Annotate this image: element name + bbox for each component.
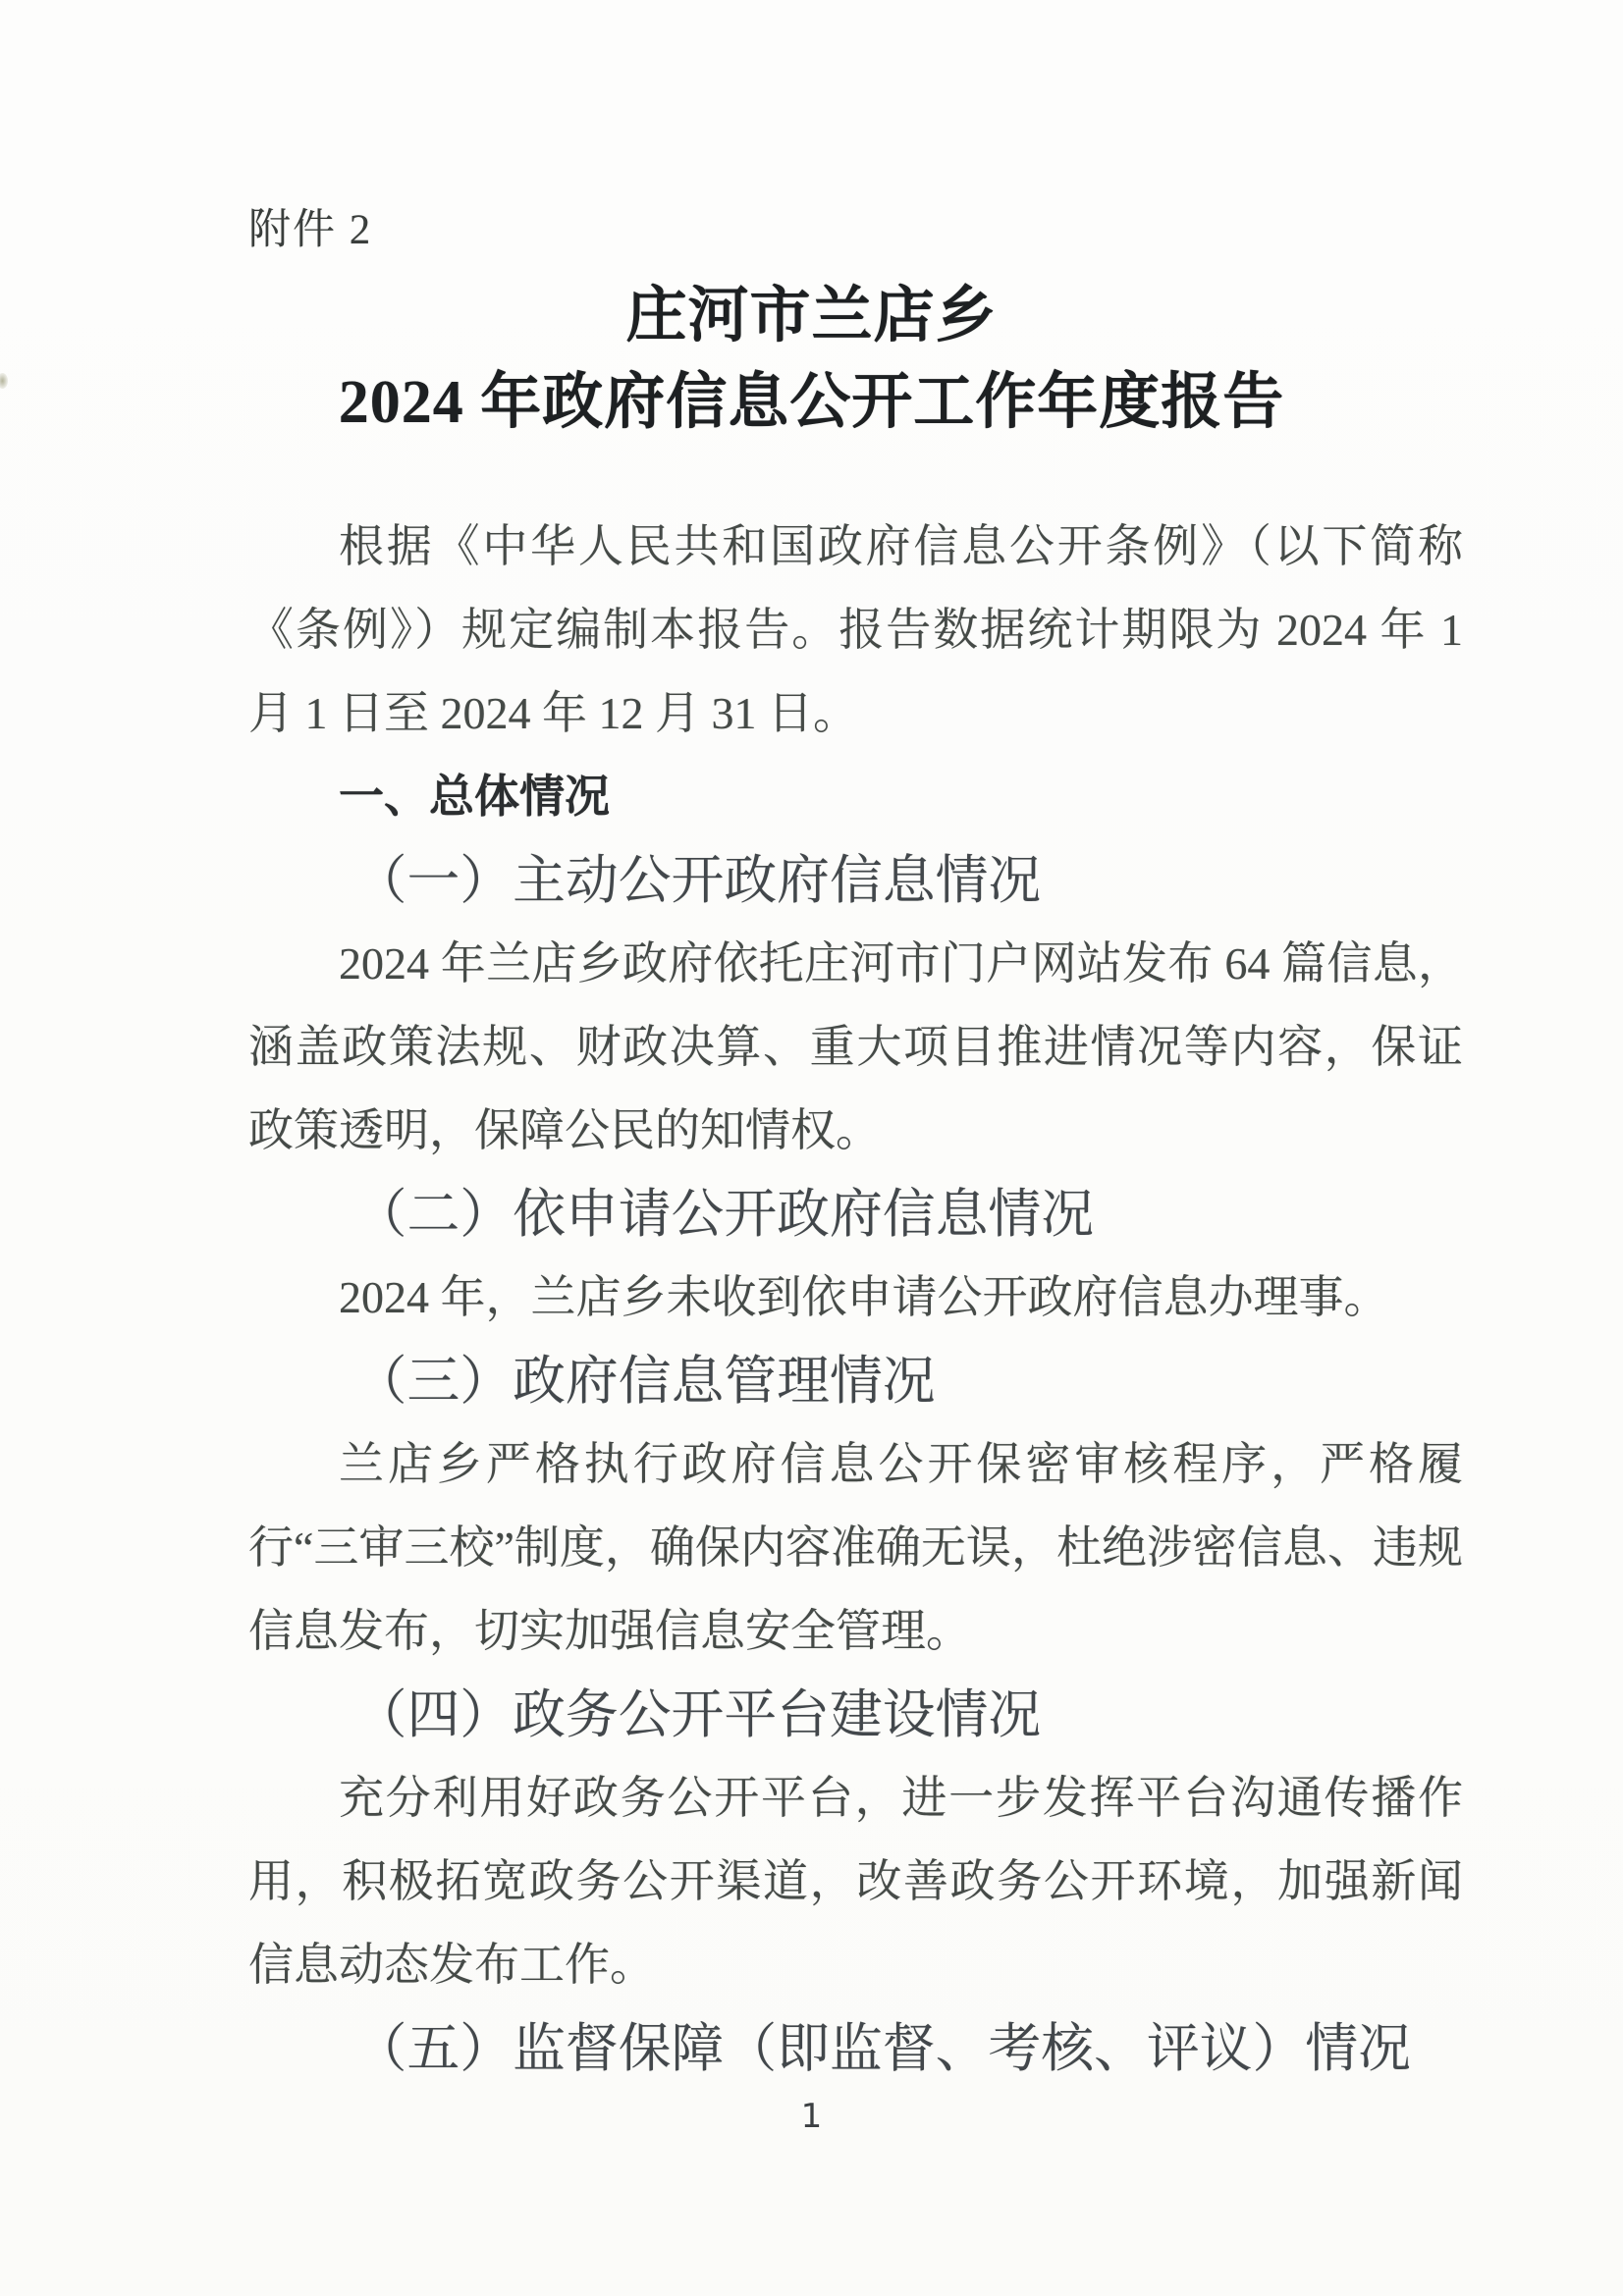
document-page: 附件 2 庄河市兰店乡 2024 年政府信息公开工作年度报告 根据《中华人民共和… [0, 0, 1623, 2296]
paragraph-disclosure-upon-request: 2024 年，兰店乡未收到依申请公开政府信息办理事。 [248, 1255, 1463, 1339]
document-body: 根据《中华人民共和国政府信息公开条例》（以下简称《条例》）规定编制本报告。报告数… [248, 505, 1463, 2090]
subsection-heading-information-management: （三）政府信息管理情况 [248, 1339, 1463, 1422]
scan-speck-artifact [0, 373, 8, 389]
paragraph-intro: 根据《中华人民共和国政府信息公开条例》（以下简称《条例》）规定编制本报告。报告数… [248, 505, 1463, 755]
page-number: 1 [0, 2097, 1623, 2136]
document-title-line2: 2024 年政府信息公开工作年度报告 [118, 359, 1505, 446]
subsection-heading-platform-construction: （四）政务公开平台建设情况 [248, 1673, 1463, 1756]
subsection-heading-supervision-guarantee: （五）监督保障（即监督、考核、评议）情况 [248, 2006, 1463, 2090]
subsection-heading-disclosure-upon-request: （二）依申请公开政府信息情况 [248, 1172, 1463, 1255]
paragraph-platform-construction: 充分利用好政务公开平台，进一步发挥平台沟通传播作用，积极拓宽政务公开渠道，改善政… [248, 1756, 1463, 2006]
paragraph-information-management: 兰店乡严格执行政府信息公开保密审核程序，严格履行“三审三校”制度，确保内容准确无… [248, 1422, 1463, 1673]
section-heading-overall: 一、总体情况 [248, 755, 1463, 838]
document-title: 庄河市兰店乡 2024 年政府信息公开工作年度报告 [118, 273, 1505, 446]
subsection-heading-proactive-disclosure: （一）主动公开政府信息情况 [248, 838, 1463, 922]
paragraph-proactive-disclosure: 2024 年兰店乡政府依托庄河市门户网站发布 64 篇信息，涵盖政策法规、财政决… [248, 922, 1463, 1172]
document-title-line1: 庄河市兰店乡 [118, 273, 1505, 359]
attachment-label: 附件 2 [248, 202, 372, 259]
